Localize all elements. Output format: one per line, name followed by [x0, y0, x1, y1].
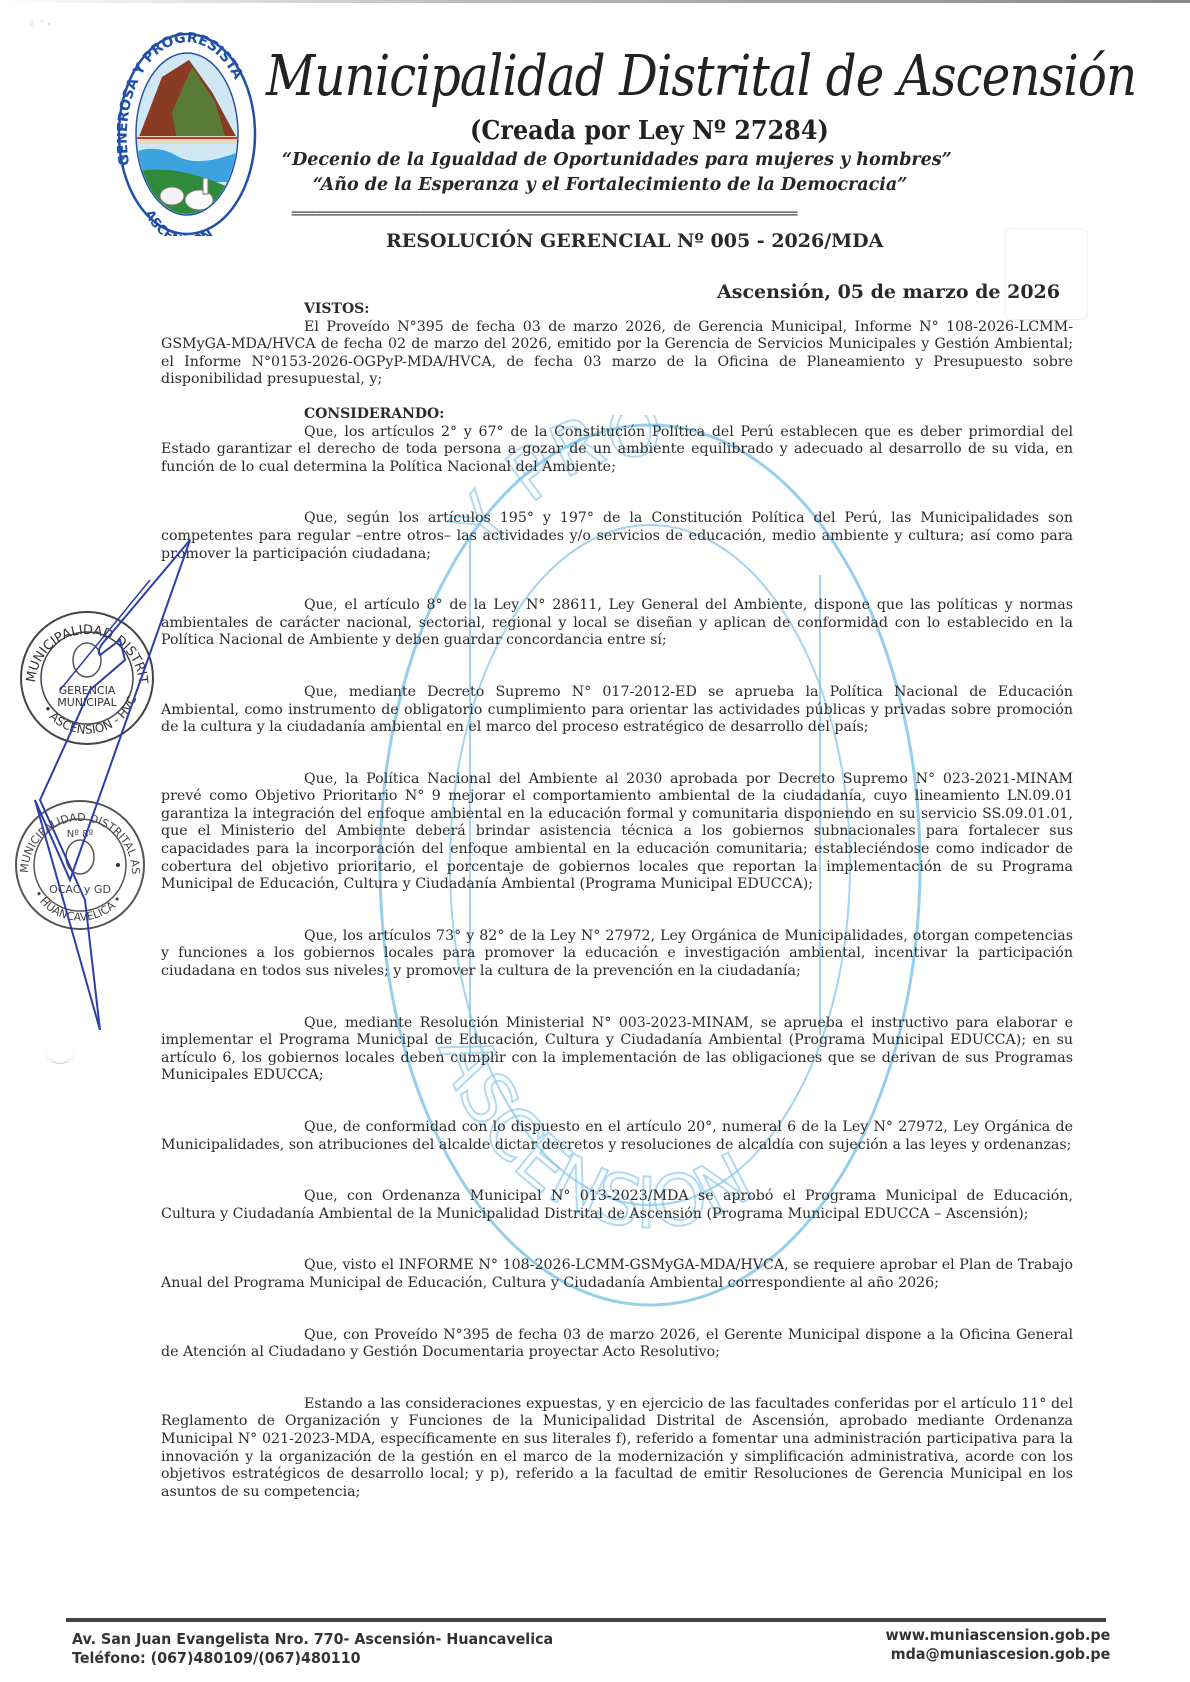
- considerando-paragraph: Que, mediante Resolución Ministerial N° …: [161, 1015, 1073, 1085]
- motto-decade: “Decenio de la Igualdad de Oportunidades…: [282, 150, 952, 170]
- gerencia-municipal-stamp-icon: MUNICIPALIDAD DISTRITAL • ASCENSION - HV…: [17, 608, 157, 748]
- svg-text:GERENCIA: GERENCIA: [59, 684, 116, 697]
- considerando-heading: CONSIDERANDO:: [161, 406, 1073, 424]
- motto-year: “Año de la Esperanza y el Fortalecimient…: [313, 175, 907, 195]
- footer-phone: Teléfono: (067)480109/(067)480110: [72, 1649, 553, 1668]
- footer-address: Av. San Juan Evangelista Nro. 770- Ascen…: [72, 1630, 553, 1649]
- footer-contact: Av. San Juan Evangelista Nro. 770- Ascen…: [72, 1630, 553, 1668]
- creation-law: (Creada por Ley Nº 27284): [470, 116, 829, 146]
- considerando-paragraph: Que, el artículo 8° de la Ley N° 28611, …: [161, 597, 1073, 650]
- svg-text:MUNICIPALIDAD DISTRITAL ASCEN: MUNICIPALIDAD DISTRITAL ASCEN: [10, 795, 142, 875]
- svg-text:MUNICIPALIDAD DISTRITAL: MUNICIPALIDAD DISTRITAL: [17, 608, 150, 685]
- svg-text:• HUANCAVELICA •: • HUANCAVELICA •: [31, 888, 124, 924]
- svg-text:OCAC y GD: OCAC y GD: [49, 883, 111, 896]
- header-separator: ========================================…: [291, 207, 1003, 221]
- scan-speckle: ⁘ ˙ ˒: [28, 20, 118, 50]
- scan-top-edge: [0, 0, 1190, 3]
- svg-text:Nº 8º: Nº 8º: [67, 829, 94, 840]
- considerando-paragraph: Que, los artículos 2° y 67° de la Consti…: [161, 424, 1073, 477]
- email-link[interactable]: mda@muniascesion.gob.pe: [891, 1645, 1110, 1663]
- vistos-heading: VISTOS:: [161, 301, 1073, 319]
- footer-rule: [66, 1618, 1106, 1622]
- place-date: Ascensión, 05 de marzo de 2026: [717, 281, 1060, 303]
- ocac-gd-stamp-icon: MUNICIPALIDAD DISTRITAL ASCEN • HUANCAVE…: [10, 795, 150, 935]
- considerando-paragraph: Que, mediante Decreto Supremo N° 017-201…: [161, 684, 1073, 737]
- considerando-paragraph: Que, según los artículos 195° y 197° de …: [161, 510, 1073, 563]
- document-body: VISTOS: El Proveído N°395 de fecha 03 de…: [161, 301, 1073, 1501]
- institution-name: Municipalidad Distrital de Ascensión: [266, 44, 971, 109]
- svg-text:• ASCENSION - HVCA. •: • ASCENSION - HVCA. •: [17, 608, 139, 737]
- footer-online: www.muniascension.gob.pe mda@muniascesio…: [885, 1626, 1110, 1664]
- svg-text:MUNICIPAL: MUNICIPAL: [57, 696, 117, 709]
- scan-smudge: [45, 1045, 75, 1064]
- municipal-coat-of-arms-icon: GENEROSA Y PROGRESISTA ASCENSION: [117, 32, 257, 236]
- considerando-paragraph: Que, con Ordenanza Municipal N° 013-2023…: [161, 1188, 1073, 1223]
- considerando-paragraph: Que, los artículos 73° y 82° de la Ley N…: [161, 928, 1073, 981]
- website-link[interactable]: www.muniascension.gob.pe: [885, 1626, 1110, 1644]
- considerando-paragraph: Que, de conformidad con lo dispuesto en …: [161, 1119, 1073, 1154]
- considerando-paragraph: Estando a las consideraciones expuestas,…: [161, 1396, 1073, 1502]
- resolution-title: RESOLUCIÓN GERENCIAL Nº 005 - 2026/MDA: [386, 230, 883, 252]
- vistos-paragraph: El Proveído N°395 de fecha 03 de marzo 2…: [161, 319, 1073, 389]
- considerando-paragraph: Que, la Política Nacional del Ambiente a…: [161, 771, 1073, 894]
- considerando-paragraph: Que, con Proveído N°395 de fecha 03 de m…: [161, 1327, 1073, 1362]
- considerando-paragraph: Que, visto el INFORME N° 108-2026-LCMM-G…: [161, 1257, 1073, 1292]
